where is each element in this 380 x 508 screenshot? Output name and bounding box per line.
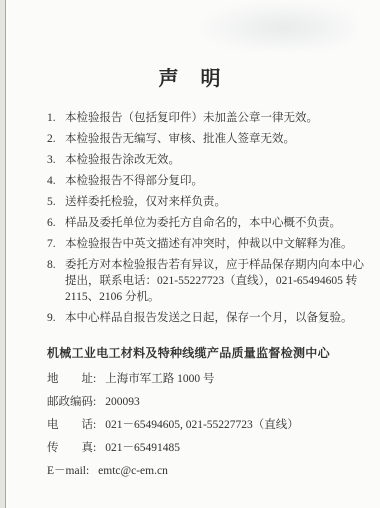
declaration-item: 3.本检验报告涂改无效。 xyxy=(47,152,365,168)
item-text: 本检验报告不得部分复印。 xyxy=(65,173,365,189)
contact-value: 上海市军工路 1000 号 xyxy=(105,372,214,386)
contact-value: 021－65491485 xyxy=(105,441,180,455)
item-text: 本中心样品自报告发送之日起，保存一个月，以备复验。 xyxy=(65,310,365,326)
item-number: 2. xyxy=(47,131,65,147)
contact-row: 电 话:021－65494605, 021-55227723（直线） xyxy=(47,418,369,432)
contact-label: 邮政编码: xyxy=(47,395,96,409)
contact-label: 传 真: xyxy=(47,441,96,455)
contact-value: emtc@c-em.cn xyxy=(98,464,168,478)
item-number: 8. xyxy=(47,257,65,305)
declaration-item: 7.本检验报告中英文描述有冲突时，仲裁以中文解释为准。 xyxy=(47,236,365,252)
item-text: 本检验报告无编写、审核、批准人签章无效。 xyxy=(65,131,365,147)
scan-smudge xyxy=(195,0,355,50)
item-number: 9. xyxy=(47,310,65,326)
contact-row: 传 真:021－65491485 xyxy=(47,441,369,455)
item-text: 本检验报告涂改无效。 xyxy=(65,152,365,168)
declaration-item: 6.样品及委托单位为委托方自命名的，本中心概不负责。 xyxy=(47,215,365,231)
contact-list: 地 址:上海市军工路 1000 号邮政编码:200093电 话:021－6549… xyxy=(47,372,369,478)
declaration-item: 1.本检验报告（包括复印件）未加盖公章一律无效。 xyxy=(47,110,365,126)
scanned-page: 声 明 1.本检验报告（包括复印件）未加盖公章一律无效。2.本检验报告无编写、审… xyxy=(0,0,380,508)
declaration-item: 8.委托方对本检验报告若有异议，应于样品保存期内向本中心提出，联系电话：021-… xyxy=(47,257,365,305)
contact-row: E－mail:emtc@c-em.cn xyxy=(47,464,369,478)
page-title: 声 明 xyxy=(0,62,380,91)
contact-label: 电 话: xyxy=(47,418,96,432)
item-number: 5. xyxy=(47,194,65,210)
item-text: 本检验报告中英文描述有冲突时，仲裁以中文解释为准。 xyxy=(65,236,365,252)
org-name: 机械工业电工材料及特种线缆产品质量监督检测中心 xyxy=(47,344,369,361)
contact-value: 200093 xyxy=(105,395,140,409)
item-number: 3. xyxy=(47,152,65,168)
declaration-item: 9.本中心样品自报告发送之日起，保存一个月，以备复验。 xyxy=(47,310,365,326)
declaration-item: 2.本检验报告无编写、审核、批准人签章无效。 xyxy=(47,131,365,147)
contact-value: 021－65494605, 021-55227723（直线） xyxy=(105,418,299,432)
contact-row: 地 址:上海市军工路 1000 号 xyxy=(47,372,369,386)
declaration-list: 1.本检验报告（包括复印件）未加盖公章一律无效。2.本检验报告无编写、审核、批准… xyxy=(47,110,365,331)
item-text: 送样委托检验，仅对来样负责。 xyxy=(65,194,365,210)
item-text: 委托方对本检验报告若有异议，应于样品保存期内向本中心提出，联系电话：021-55… xyxy=(65,257,365,305)
item-text: 本检验报告（包括复印件）未加盖公章一律无效。 xyxy=(65,110,365,126)
contact-label: 地 址: xyxy=(47,372,96,386)
declaration-item: 5.送样委托检验，仅对来样负责。 xyxy=(47,194,365,210)
declaration-item: 4.本检验报告不得部分复印。 xyxy=(47,173,365,189)
footer: 机械工业电工材料及特种线缆产品质量监督检测中心 地 址:上海市军工路 1000 … xyxy=(47,344,369,487)
item-number: 4. xyxy=(47,173,65,189)
contact-row: 邮政编码:200093 xyxy=(47,395,369,409)
item-number: 7. xyxy=(47,236,65,252)
contact-label: E－mail: xyxy=(47,464,89,478)
item-number: 1. xyxy=(47,110,65,126)
item-number: 6. xyxy=(47,215,65,231)
item-text: 样品及委托单位为委托方自命名的，本中心概不负责。 xyxy=(65,215,365,231)
